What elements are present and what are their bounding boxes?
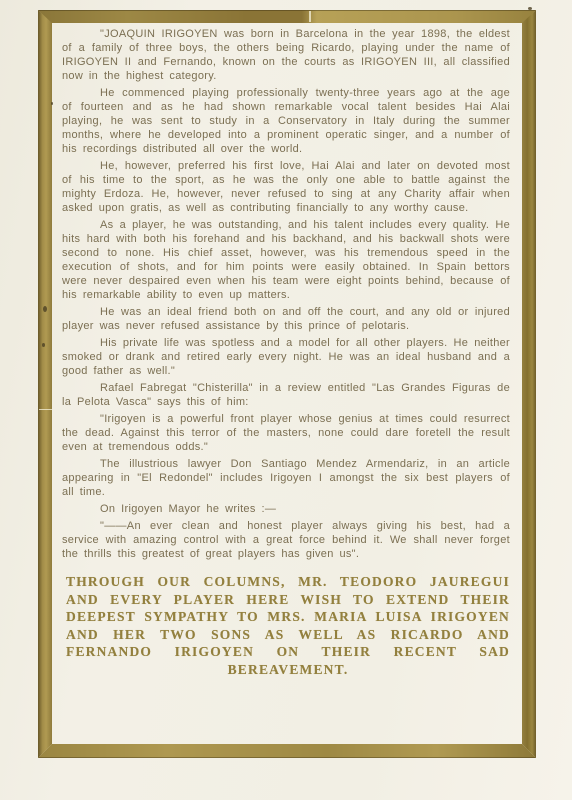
- frame-seam: [309, 11, 311, 22]
- body-paragraph: "JOAQUIN IRIGOYEN was born in Barcelona …: [62, 27, 510, 83]
- frame-border-top: [38, 10, 536, 23]
- body-paragraph: Rafael Fabregat "Chisterilla" in a revie…: [62, 381, 510, 409]
- text-column: "JOAQUIN IRIGOYEN was born in Barcelona …: [62, 24, 510, 678]
- scan-speck: [43, 306, 47, 312]
- scan-speck: [42, 343, 45, 347]
- body-paragraph: As a player, he was outstanding, and his…: [62, 218, 510, 302]
- body-paragraph: On Irigoyen Mayor he writes :—: [62, 502, 510, 516]
- scan-speck: [51, 102, 53, 105]
- closing-sympathy-statement: THROUGH OUR COLUMNS, MR. TEODORO JAUREGU…: [62, 573, 510, 678]
- body-paragraph: His private life was spotless and a mode…: [62, 336, 510, 378]
- body-paragraph: He, however, preferred his first love, H…: [62, 159, 510, 215]
- frame-border-bottom: [38, 744, 536, 758]
- scanned-page: "JOAQUIN IRIGOYEN was born in Barcelona …: [0, 0, 572, 800]
- frame-border-right: [522, 10, 536, 758]
- body-paragraph: The illustrious lawyer Don Santiago Mend…: [62, 457, 510, 499]
- body-paragraph: He commenced playing professionally twen…: [62, 86, 510, 156]
- scan-speck: [528, 7, 532, 10]
- body-paragraph: "Irigoyen is a powerful front player who…: [62, 412, 510, 454]
- body-paragraph: He was an ideal friend both on and off t…: [62, 305, 510, 333]
- frame-seam: [39, 409, 52, 410]
- body-paragraph: "——An ever clean and honest player alway…: [62, 519, 510, 561]
- frame-border-left: [38, 10, 52, 758]
